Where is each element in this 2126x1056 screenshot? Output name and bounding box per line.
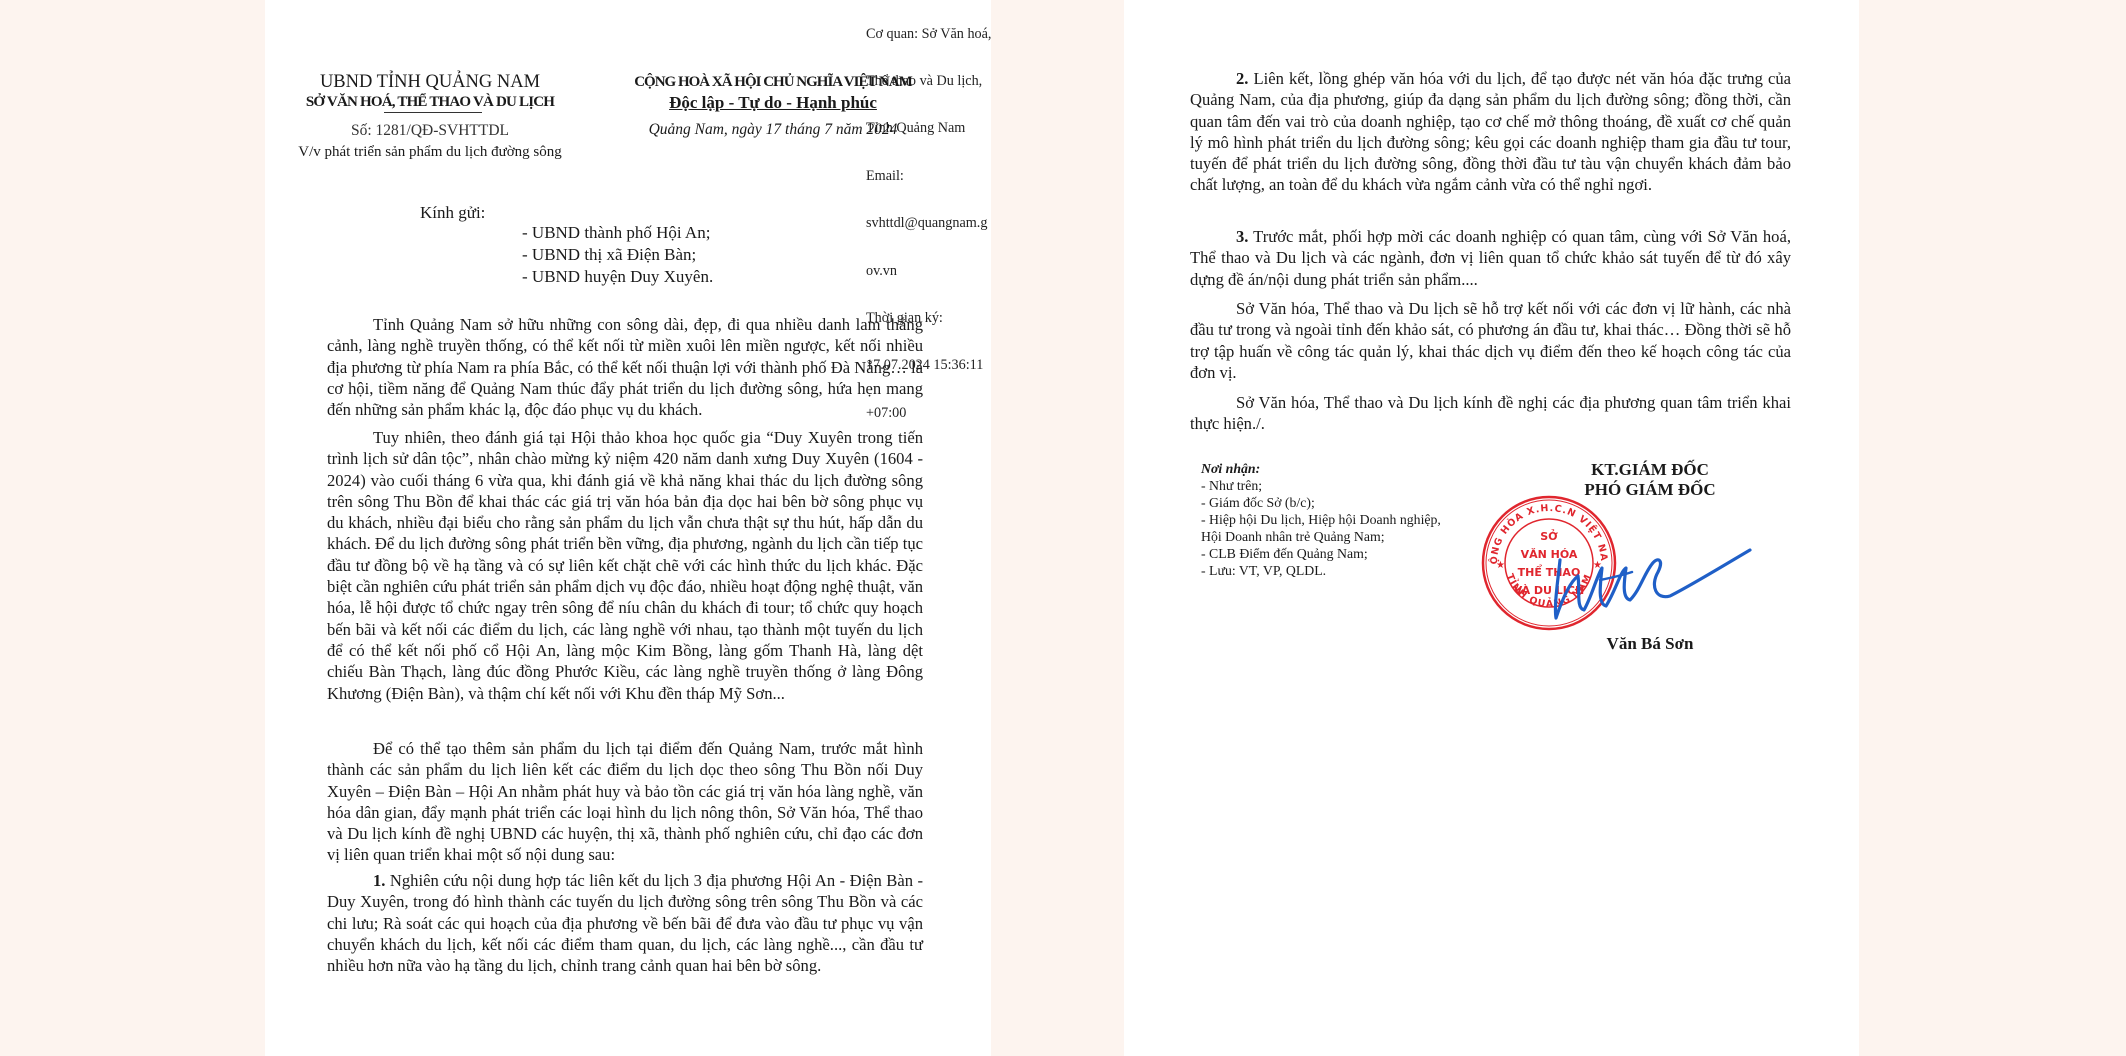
item-text: Trước mắt, phối hợp mời các doanh nghiệp… — [1190, 227, 1791, 289]
signer-title-1: KT.GIÁM ĐỐC — [1530, 460, 1770, 480]
addressee-item: - UBND huyện Duy Xuyên. — [522, 266, 713, 287]
place-date: Quảng Nam, ngày 17 tháng 7 năm 2024 — [623, 119, 923, 140]
paragraph-support: Sở Văn hóa, Thể thao và Du lịch sẽ hỗ tr… — [1190, 298, 1791, 383]
recipient-item: Hội Doanh nhân trẻ Quảng Nam; — [1201, 528, 1385, 545]
addressee-label: Kính gửi: — [420, 202, 485, 223]
sig-line: Email: — [866, 169, 996, 185]
recipients-label: Nơi nhận: — [1201, 460, 1260, 477]
paragraph-intro: Tỉnh Quảng Nam sở hữu những con sông dài… — [327, 314, 923, 420]
sig-line: Cơ quan: Sở Văn hoá, — [866, 27, 996, 43]
item-number: 2. — [1236, 69, 1248, 88]
item-number: 3. — [1236, 227, 1248, 246]
org-name: SỞ VĂN HOÁ, THỂ THAO VÀ DU LỊCH — [265, 92, 595, 113]
recipient-item: - Như trên; — [1201, 477, 1262, 494]
document-page-1: Cơ quan: Sở Văn hoá, Thể thao và Du lịch… — [265, 0, 991, 1056]
item-number: 1. — [373, 871, 385, 890]
paragraph-assessment: Tuy nhiên, theo đánh giá tại Hội thảo kh… — [327, 427, 923, 704]
paragraph-proposal: Để có thể tạo thêm sản phẩm du lịch tại … — [327, 738, 923, 866]
addressee-item: - UBND thị xã Điện Bàn; — [522, 244, 696, 265]
paragraph-closing: Sở Văn hóa, Thể thao và Du lịch kính đề … — [1190, 392, 1791, 435]
handwritten-signature-icon — [1540, 520, 1760, 630]
org-underline — [384, 112, 482, 113]
item-text: Nghiên cứu nội dung hợp tác liên kết du … — [327, 871, 923, 975]
recipient-item: - CLB Điểm đến Quảng Nam; — [1201, 545, 1368, 562]
sig-line: svhttdl@quangnam.g — [866, 216, 996, 232]
item-2: 2. Liên kết, lồng ghép văn hóa với du lị… — [1190, 68, 1791, 196]
sig-line: ov.vn — [866, 264, 996, 280]
org-parent: UBND TỈNH QUẢNG NAM — [265, 72, 595, 93]
recipient-item: - Giám đốc Sở (b/c); — [1201, 494, 1315, 511]
motto: Độc lập - Tự do - Hạnh phúc — [623, 92, 923, 113]
addressee-item: - UBND thành phố Hội An; — [522, 222, 710, 243]
recipient-item: - Hiệp hội Du lịch, Hiệp hội Doanh nghiệ… — [1201, 511, 1441, 528]
item-1: 1. Nghiên cứu nội dung hợp tác liên kết … — [327, 870, 923, 976]
svg-text:★: ★ — [1496, 560, 1505, 571]
nation-title: CỘNG HOÀ XÃ HỘI CHỦ NGHĨA VIỆT NAM — [623, 72, 923, 93]
doc-subject: V/v phát triển sản phẩm du lịch đường sô… — [265, 142, 595, 163]
signer-name: Văn Bá Sơn — [1530, 634, 1770, 654]
recipient-item: - Lưu: VT, VP, QLDL. — [1201, 562, 1326, 579]
doc-number: Số: 1281/QĐ-SVHTTDL — [265, 120, 595, 141]
item-3: 3. Trước mắt, phối hợp mời các doanh ngh… — [1190, 226, 1791, 290]
item-text: Liên kết, lồng ghép văn hóa với du lịch,… — [1190, 69, 1791, 194]
